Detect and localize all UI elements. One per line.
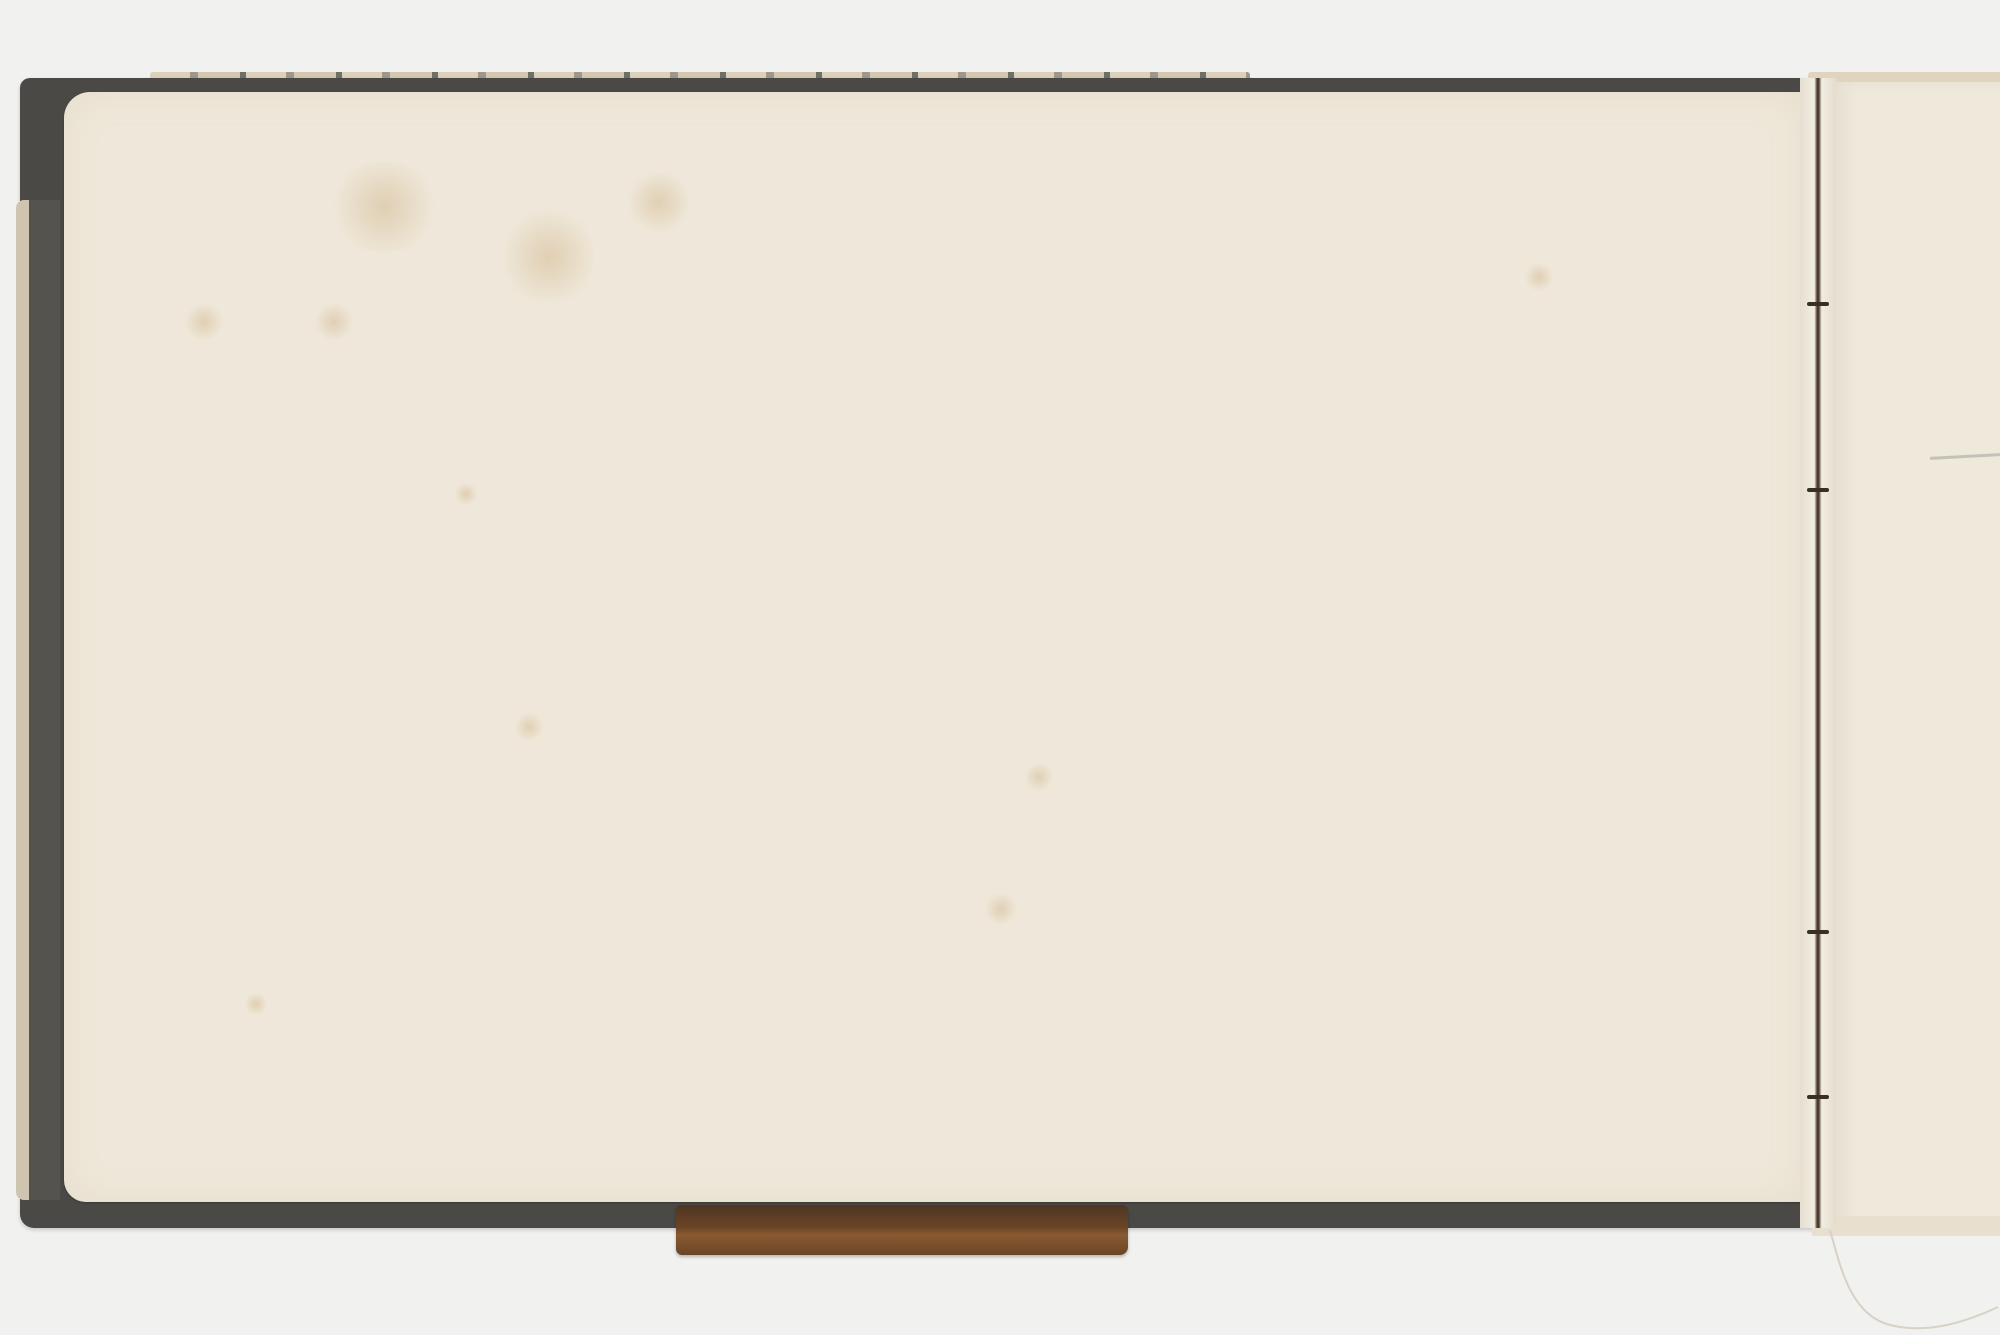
foxing-spot — [314, 302, 354, 342]
foxing-spot — [504, 202, 594, 312]
foxing-spot — [184, 302, 224, 342]
cover-frayed-left-edge — [16, 200, 60, 1200]
binding-stitch — [1807, 1095, 1829, 1099]
foxing-spot — [1524, 262, 1554, 292]
loose-thread — [1820, 1225, 2000, 1335]
binding-stitch — [1807, 488, 1829, 492]
book-gutter-spine — [1800, 78, 1836, 1228]
foxing-spot — [1024, 762, 1054, 792]
foxing-spot — [514, 712, 544, 742]
leather-pencil-loop — [676, 1205, 1128, 1255]
foxing-spot — [244, 992, 268, 1016]
right-page-blank — [1836, 82, 2000, 1232]
binding-stitch — [1807, 930, 1829, 934]
binding-stitch — [1807, 302, 1829, 306]
foxing-spot — [624, 172, 694, 232]
sketchbook-photo — [0, 0, 2000, 1335]
foxing-spot — [984, 892, 1018, 926]
left-page-blank — [64, 92, 1804, 1202]
foxing-spot — [324, 162, 444, 252]
foxing-spot — [454, 482, 478, 506]
